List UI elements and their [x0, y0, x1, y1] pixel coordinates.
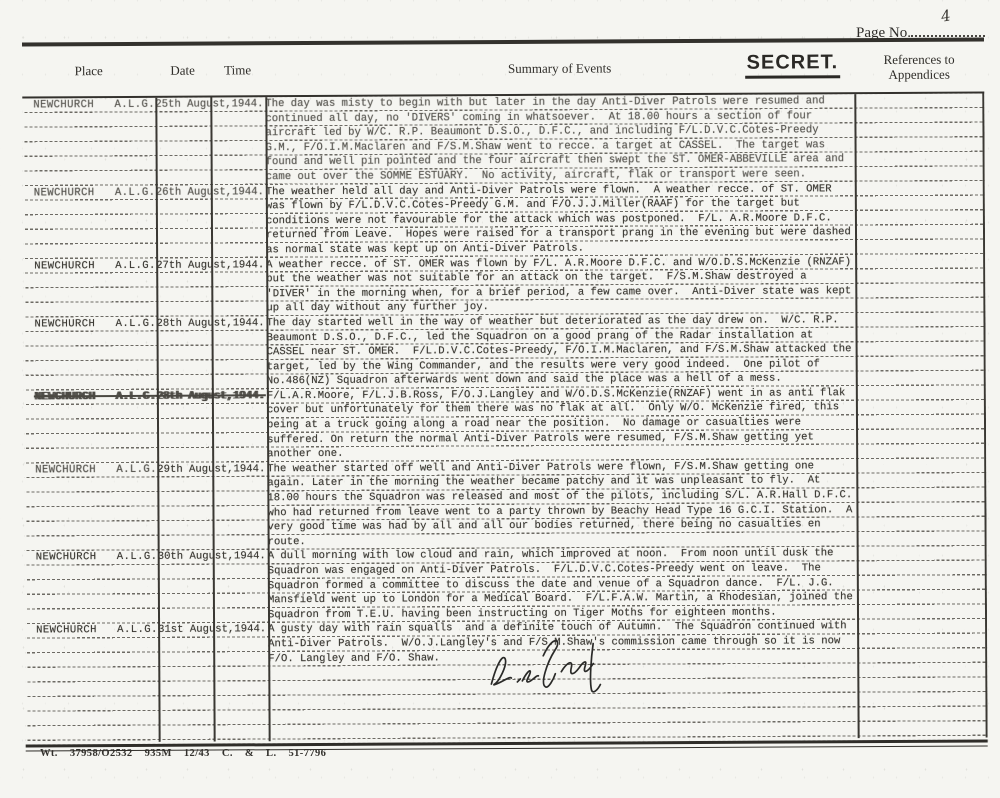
place-cell: NEWCHURCH A.L.G.: [24, 463, 157, 551]
place-cell: NEWCHURCH A.L.G.: [23, 317, 156, 391]
entry-row: NEWCHURCH A.L.G. 25th August,1944. The d…: [22, 93, 984, 186]
place-cell: NEWCHURCH A.L.G.: [25, 623, 158, 667]
entry-row: NEWCHURCH A.L.G. 30th August,1944. A dul…: [25, 546, 987, 624]
entry-row: NEWCHURCH A.L.G. 29th August,1944. The w…: [24, 458, 986, 551]
place-cell: NEWCHURCH A.L.G.: [23, 185, 156, 259]
signature-scrawl: [477, 631, 627, 707]
summary-cell: A dull morning with low cloud and rain, …: [268, 547, 853, 623]
summary-cell: The weather held all day and Anti-Diver …: [266, 182, 851, 258]
header-date: Date: [155, 63, 210, 79]
table-body: NEWCHURCH A.L.G. 25th August,1944. The d…: [22, 93, 987, 744]
summary-cell: The day was misty to begin with but late…: [265, 94, 850, 185]
references-cell: [856, 458, 986, 546]
entries: NEWCHURCH A.L.G. 25th August,1944. The d…: [22, 93, 987, 667]
record-form-table: Place Date Time Summary of Events SECRET…: [22, 37, 988, 751]
print-code: Wt. 37958/O2532 935M 12/43 C. & L. 51-77…: [40, 748, 326, 759]
summary-cell: A weather recce. of ST. OMER was flown b…: [266, 255, 851, 316]
summary-cell: F/L.A.R.Moore, F/L.J.B.Ross, F/O.J.Langl…: [267, 386, 852, 462]
entry-row: NEWCHURCH A.L.G. 27th August,1944. A wea…: [23, 254, 985, 317]
table-header-row: Place Date Time Summary of Events SECRET…: [22, 37, 984, 98]
entry-row: NEWCHURCH A.L.G. 26th August,1944. The w…: [23, 181, 985, 259]
header-time: Time: [210, 62, 265, 78]
summary-cell: The weather started off well and Anti-Di…: [267, 459, 852, 550]
place-cell: NEWCHURCH A.L.G.: [25, 550, 158, 624]
references-cell: [856, 385, 986, 459]
references-cell: [855, 254, 985, 313]
place-cell-struck: NEWCHURCH A.L.G.: [24, 390, 157, 464]
document-page: Page No.4 Place Date Time Summary of Eve…: [0, 0, 1000, 798]
header-references: References to Appendices: [854, 51, 984, 82]
header-place: Place: [22, 63, 155, 80]
header-summary: Summary of Events SECRET.: [265, 42, 854, 95]
secret-stamp: SECRET.: [745, 51, 841, 78]
references-cell: [854, 93, 984, 181]
page-no-dots: 4: [911, 22, 985, 37]
entry-row: NEWCHURCH A.L.G. 28th August,1944. The d…: [23, 312, 985, 390]
entry-row-struck-out: NEWCHURCH A.L.G. 28th August,1944. F/L.A…: [24, 385, 986, 463]
references-cell: [857, 619, 987, 663]
page-no-handwritten-value: 4: [940, 6, 953, 25]
header-summary-label: Summary of Events: [508, 60, 611, 77]
references-cell: [855, 312, 985, 386]
place-cell: NEWCHURCH A.L.G.: [22, 98, 155, 186]
references-cell: [857, 546, 987, 620]
place-cell: NEWCHURCH A.L.G.: [23, 258, 156, 317]
references-cell: [855, 181, 985, 255]
summary-cell: The day started well in the way of weath…: [266, 313, 851, 389]
